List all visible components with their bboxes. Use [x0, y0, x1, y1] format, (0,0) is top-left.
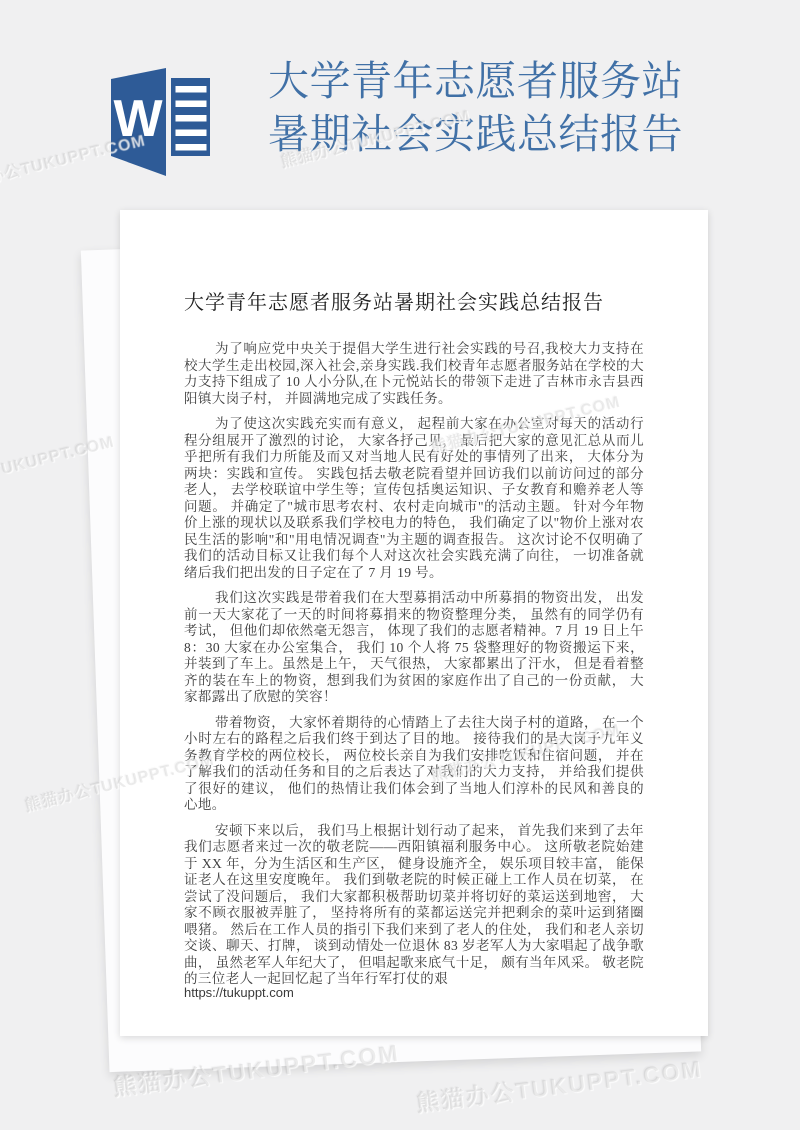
document-paragraph: 带着物资， 大家怀着期待的心情踏上了去往大岗子村的道路， 在一个小时左右的路程之…	[184, 715, 644, 814]
document-paragraph: 为了响应党中央关于提倡大学生进行社会实践的号召,我校大力支持在校大学生走出校园,…	[184, 341, 644, 407]
preview-title: 大学青年志愿者服务站 暑期社会实践总结报告	[268, 55, 683, 161]
document-page: 大学青年志愿者服务站暑期社会实践总结报告 为了响应党中央关于提倡大学生进行社会实…	[120, 210, 708, 1036]
word-icon-letter: W	[113, 90, 163, 148]
document-paragraph: 为了使这次实践充实而有意义， 起程前大家在办公室对每天的活动行程分组展开了激烈的…	[184, 416, 644, 581]
preview-canvas: W 大学青年志愿者服务站 暑期社会实践总结报告 大学青年志愿者服务站暑期社会实践…	[0, 0, 800, 1130]
document-title: 大学青年志愿者服务站暑期社会实践总结报告	[184, 286, 644, 315]
preview-title-line1: 大学青年志愿者服务站	[268, 55, 683, 108]
watermark-text: 熊猫办公TUKUPPT.COM	[414, 1051, 704, 1119]
header: W 大学青年志愿者服务站 暑期社会实践总结报告	[0, 0, 800, 210]
document-content: 大学青年志愿者服务站暑期社会实践总结报告 为了响应党中央关于提倡大学生进行社会实…	[184, 286, 644, 997]
document-footer-url: https://tukuppt.com	[184, 985, 294, 1000]
document-paragraph: 我们这次实践是带着我们在大型募捐活动中所募捐的物资出发， 出发前一天大家花了一天…	[184, 590, 644, 706]
document-paragraph: 安顿下来以后， 我们马上根据计划行动了起来， 首先我们来到了去年我们志愿者来过一…	[184, 823, 644, 988]
word-file-icon: W	[100, 58, 240, 198]
preview-title-line2: 暑期社会实践总结报告	[268, 108, 683, 161]
